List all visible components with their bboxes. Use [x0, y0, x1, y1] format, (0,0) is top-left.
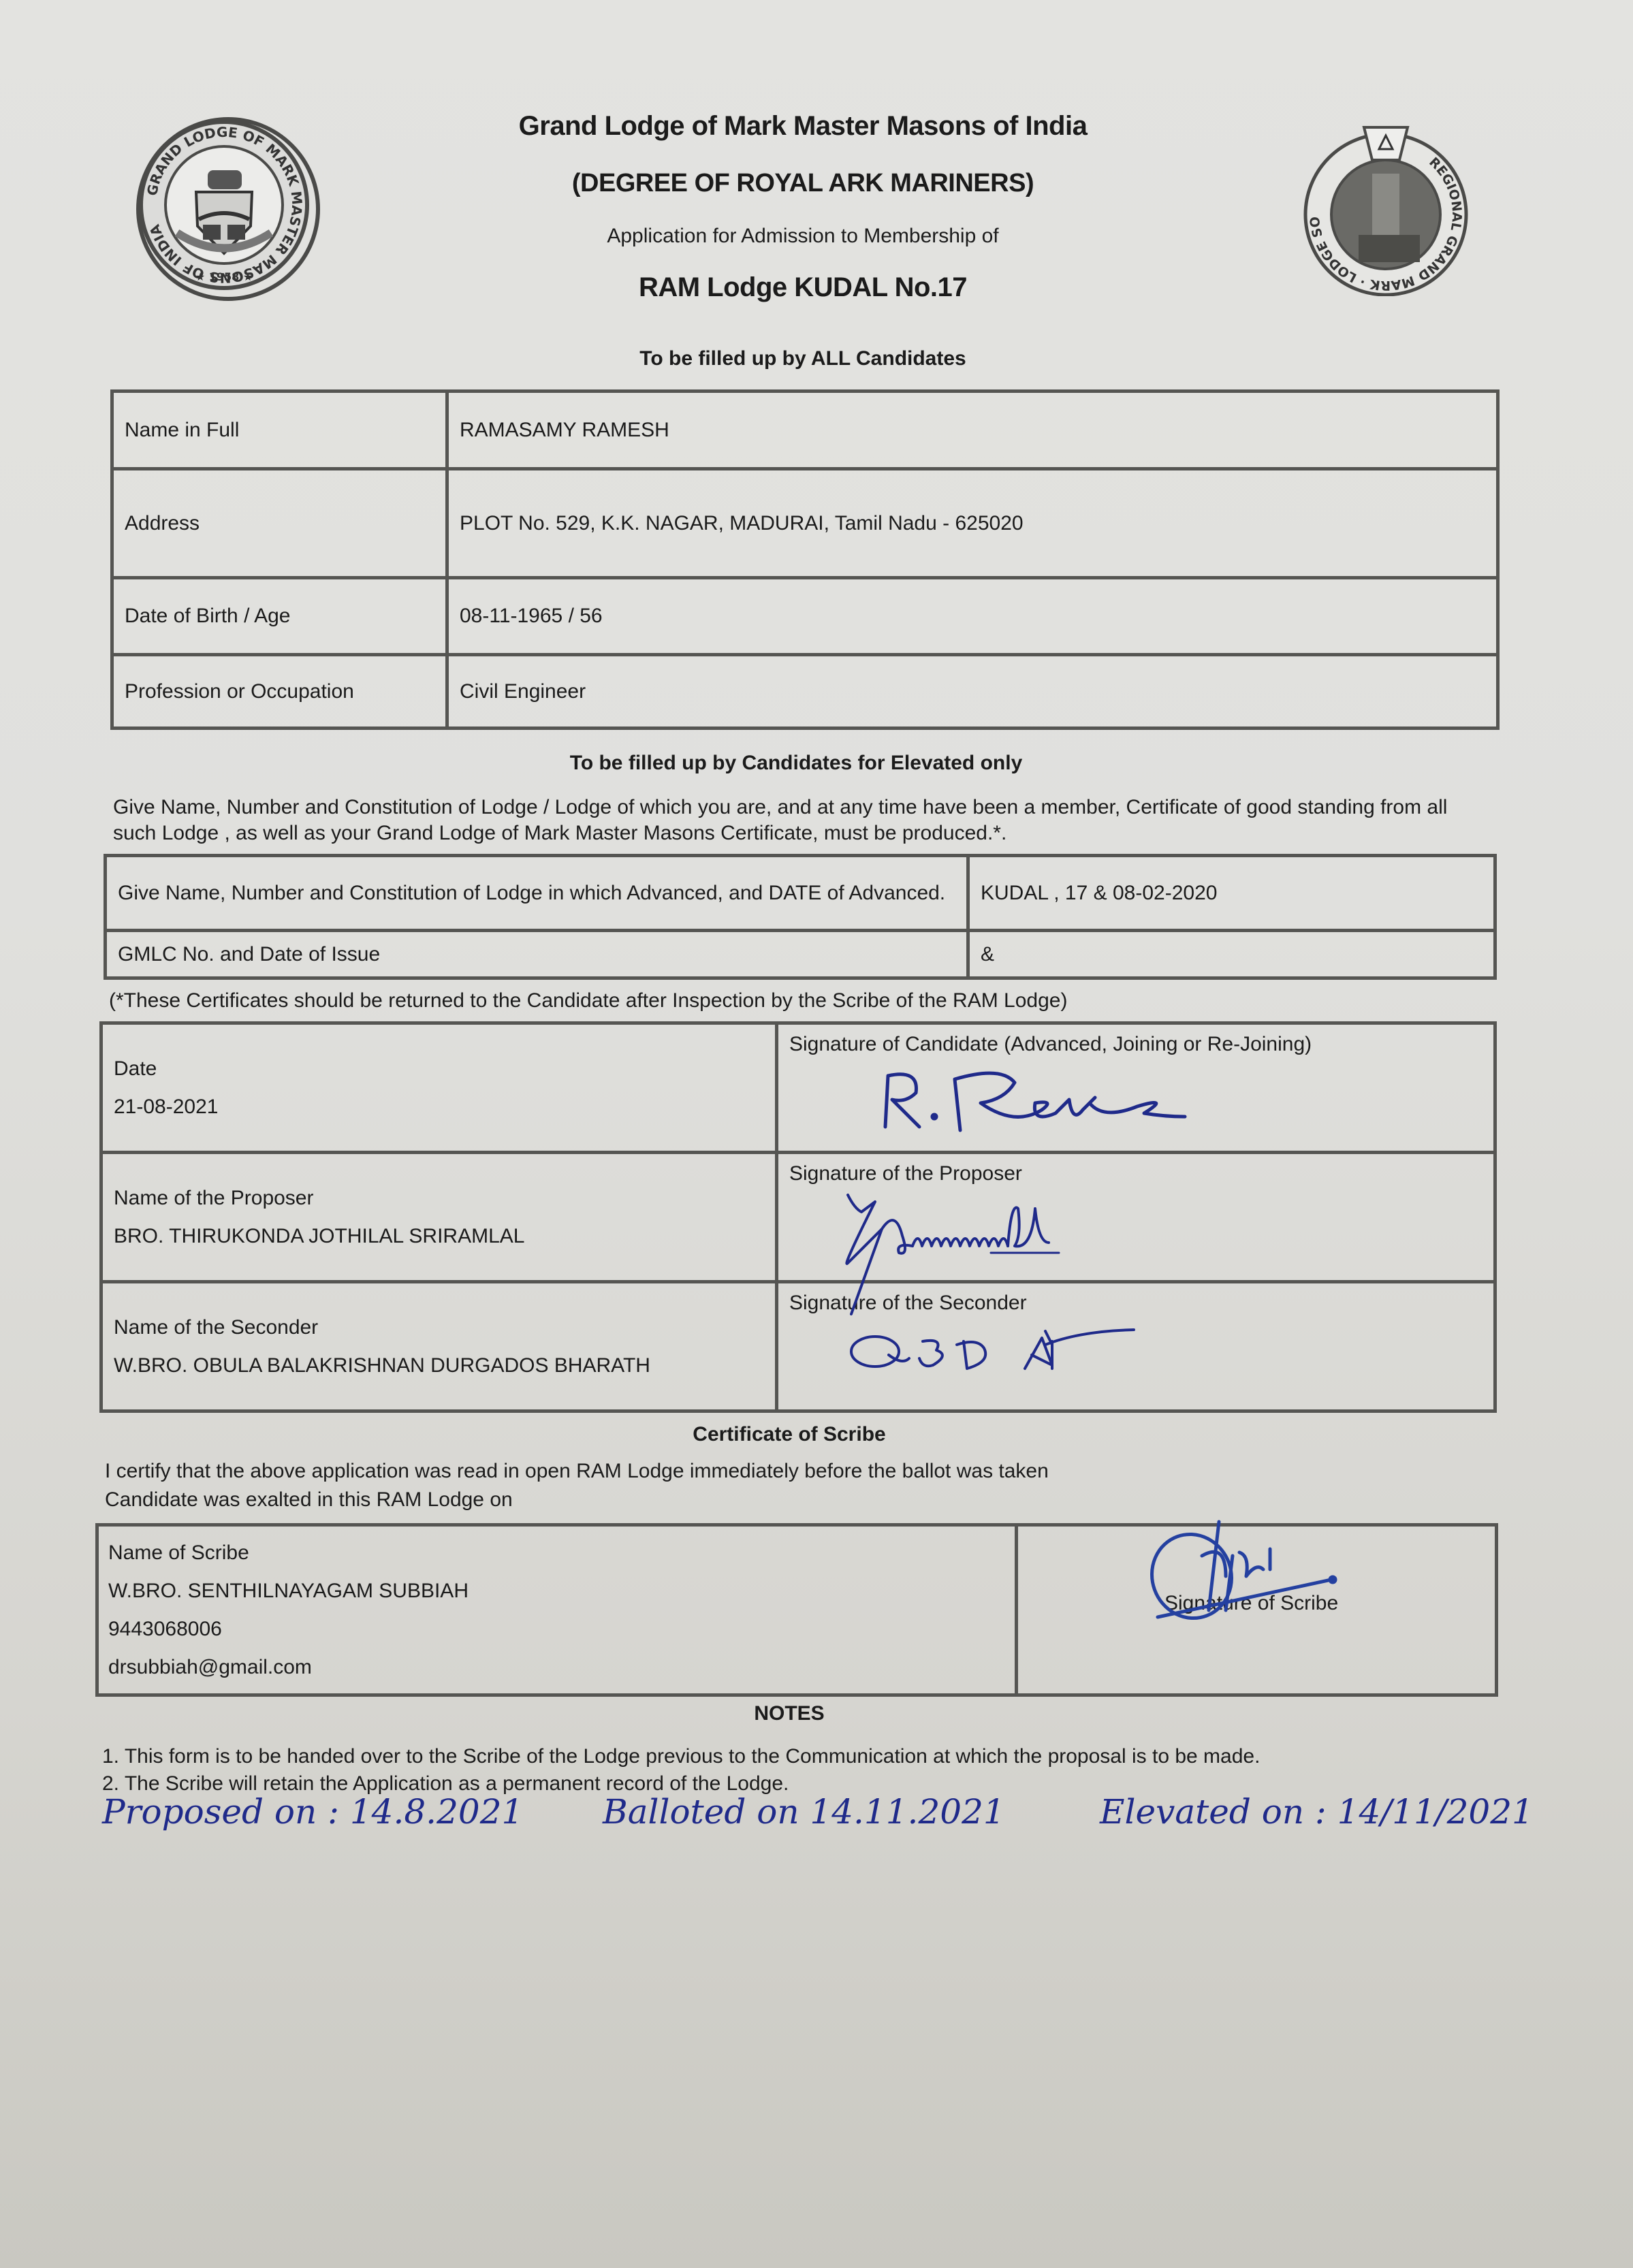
degree-title: (DEGREE OF ROYAL ARK MARINERS)	[0, 169, 1619, 198]
table-row: Name in Full RAMASAMY RAMESH	[112, 392, 1498, 469]
proposer-signature-icon	[834, 1181, 1175, 1317]
label-dob-age: Date of Birth / Age	[112, 578, 447, 655]
elevated-instructions: Give Name, Number and Constitution of Lo…	[113, 795, 1495, 846]
elevated-heading: To be filled up by Candidates for Elevat…	[0, 752, 1613, 775]
value-dob-age[interactable]: 08-11-1965 / 56	[447, 578, 1498, 655]
lodge-name: RAM Lodge KUDAL No.17	[0, 272, 1619, 303]
page-title: Grand Lodge of Mark Master Masons of Ind…	[0, 111, 1619, 142]
table-row: Name of the Proposer BRO. THIRUKONDA JOT…	[101, 1153, 1495, 1282]
proposer-name[interactable]: BRO. THIRUKONDA JOTHILAL SRIRAMLAL	[114, 1217, 764, 1256]
scribe-certificate-heading: Certificate of Scribe	[0, 1423, 1606, 1446]
notes-heading: NOTES	[0, 1702, 1606, 1725]
value-address[interactable]: PLOT No. 529, K.K. NAGAR, MADURAI, Tamil…	[447, 469, 1498, 578]
proposer-cell: Name of the Proposer BRO. THIRUKONDA JOT…	[101, 1153, 777, 1282]
table-row: Give Name, Number and Constitution of Lo…	[106, 856, 1495, 931]
scribe-email[interactable]: drsubbiah@gmail.com	[108, 1648, 1004, 1687]
table-row: Date 21-08-2021 Signature of Candidate (…	[101, 1023, 1495, 1153]
table-row: Profession or Occupation Civil Engineer	[112, 655, 1498, 729]
seconder-label: Name of the Seconder	[114, 1309, 764, 1347]
date-value[interactable]: 21-08-2021	[114, 1088, 764, 1126]
table-row: Address PLOT No. 529, K.K. NAGAR, MADURA…	[112, 469, 1498, 578]
candidate-signature-icon	[878, 1062, 1233, 1137]
scribe-name-label: Name of Scribe	[108, 1534, 1004, 1572]
scribe-certify-line: I certify that the above application was…	[105, 1460, 1049, 1483]
seconder-signature-icon	[848, 1317, 1161, 1379]
label-name-in-full: Name in Full	[112, 392, 447, 469]
scribe-signature-icon	[1137, 1515, 1396, 1631]
all-candidates-heading: To be filled up by ALL Candidates	[0, 347, 1619, 370]
value-advanced-lodge[interactable]: KUDAL , 17 & 08-02-2020	[968, 856, 1495, 931]
handwritten-proposed-date: Proposed on : 14.8.2021	[102, 1792, 523, 1832]
table-row: Name of the Seconder W.BRO. OBULA BALAKR…	[101, 1282, 1495, 1411]
scribe-phone[interactable]: 9443068006	[108, 1610, 1004, 1648]
label-address: Address	[112, 469, 447, 578]
date-cell: Date 21-08-2021	[101, 1023, 777, 1153]
note-item-1: 1. This form is to be handed over to the…	[102, 1745, 1260, 1768]
regional-grand-mark-lodge-seal-icon: REGIONAL GRAND MARK · LODGE SOUTHERN IND…	[1297, 119, 1474, 296]
date-label: Date	[114, 1050, 764, 1088]
table-row: Date of Birth / Age 08-11-1965 / 56	[112, 578, 1498, 655]
certificates-footnote: (*These Certificates should be returned …	[109, 989, 1067, 1012]
label-profession: Profession or Occupation	[112, 655, 447, 729]
table-row: GMLC No. and Date of Issue &	[106, 931, 1495, 978]
seconder-name[interactable]: W.BRO. OBULA BALAKRISHNAN DURGADOS BHARA…	[114, 1347, 764, 1385]
value-gmlc[interactable]: &	[968, 931, 1495, 978]
value-profession[interactable]: Civil Engineer	[447, 655, 1498, 729]
scribe-details-cell: Name of Scribe W.BRO. SENTHILNAYAGAM SUB…	[97, 1525, 1017, 1695]
handwritten-balloted-date: Balloted on 14.11.2021	[603, 1792, 1005, 1832]
elevated-table: Give Name, Number and Constitution of Lo…	[104, 854, 1497, 980]
candidate-signature-label: Signature of Candidate (Advanced, Joinin…	[789, 1033, 1483, 1056]
seconder-cell: Name of the Seconder W.BRO. OBULA BALAKR…	[101, 1282, 777, 1411]
scribe-exalted-line: Candidate was exalted in this RAM Lodge …	[105, 1488, 513, 1512]
label-advanced-lodge: Give Name, Number and Constitution of Lo…	[106, 856, 968, 931]
handwritten-elevated-date: Elevated on : 14/11/2021	[1100, 1792, 1534, 1832]
application-line: Application for Admission to Membership …	[0, 225, 1619, 248]
value-name-in-full[interactable]: RAMASAMY RAMESH	[447, 392, 1498, 469]
label-gmlc: GMLC No. and Date of Issue	[106, 931, 968, 978]
signatures-table: Date 21-08-2021 Signature of Candidate (…	[99, 1021, 1497, 1413]
proposer-label: Name of the Proposer	[114, 1179, 764, 1217]
candidate-details-table: Name in Full RAMASAMY RAMESH Address PLO…	[110, 389, 1500, 730]
scribe-name[interactable]: W.BRO. SENTHILNAYAGAM SUBBIAH	[108, 1572, 1004, 1610]
